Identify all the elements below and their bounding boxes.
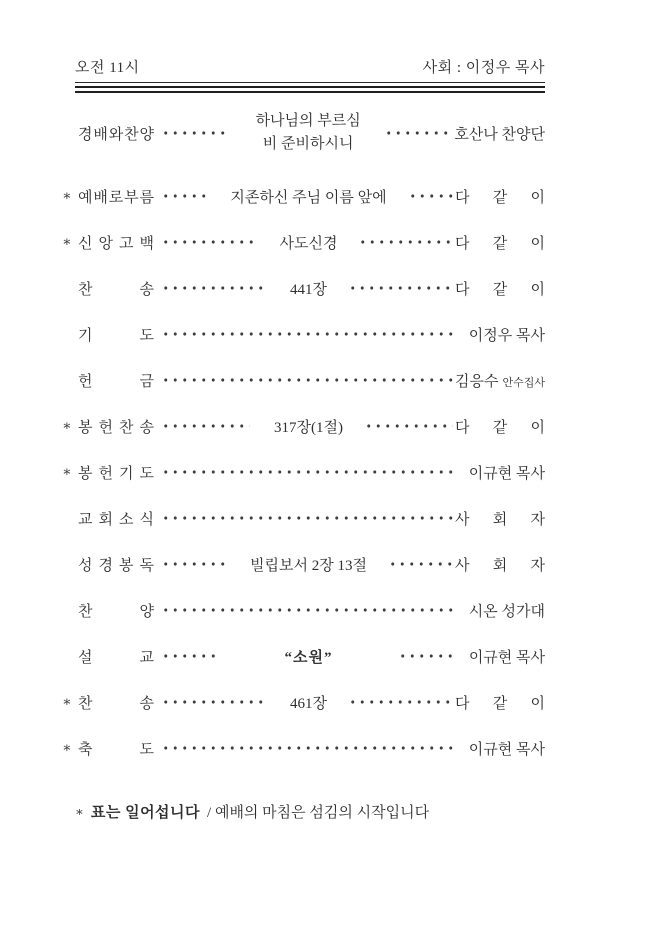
- item-right: 김응수 안수집사: [455, 370, 545, 391]
- leader-dots: [161, 357, 453, 403]
- leader-dots: [161, 403, 250, 449]
- item-right: 다같이: [455, 416, 545, 437]
- star-mark: ∗: [62, 464, 78, 481]
- program-row: 찬송 441장 다같이: [62, 265, 545, 311]
- performer: 이규현 목사: [469, 646, 545, 667]
- leader-dots: [161, 725, 453, 771]
- leader-dots: [384, 93, 453, 173]
- item-right: 이규현 목사: [455, 738, 545, 759]
- leader-dots: [348, 265, 453, 311]
- star-mark: ∗: [62, 188, 78, 205]
- leader-dots: [161, 449, 453, 495]
- star-mark: ∗: [62, 694, 78, 711]
- item-right: 사회자: [455, 554, 545, 575]
- item-right: 다같이: [455, 232, 545, 253]
- leader-dots: [348, 679, 453, 725]
- item-label: 성경봉독: [78, 554, 154, 575]
- program-row: ∗ 신앙고백 사도신경 다같이: [62, 219, 545, 265]
- leader-dots: [388, 541, 453, 587]
- bulletin-page: 오전 11시 사회 : 이정우 목사 경배와찬양 하나님의 부르심 비 준비하시…: [0, 0, 670, 822]
- leader-dots: [161, 219, 256, 265]
- item-right: 사회자: [455, 508, 545, 529]
- item-label: 예배로부름: [78, 186, 154, 207]
- program-list: 경배와찬양 하나님의 부르심 비 준비하시니 호산나 찬양단 ∗ 예배로부름 지…: [62, 93, 545, 771]
- service-mc: 사회 : 이정우 목사: [423, 56, 545, 77]
- item-label: 경배와찬양: [78, 123, 154, 144]
- sermon-title: “소원”: [227, 646, 391, 667]
- item-right: 다같이: [455, 186, 545, 207]
- leader-dots: [398, 633, 454, 679]
- performer: 호산나 찬양단: [454, 123, 545, 144]
- leader-dots: [161, 679, 266, 725]
- item-label: 봉헌기도: [78, 462, 154, 483]
- leader-dots: [364, 403, 453, 449]
- item-right: 시온 성가대: [455, 600, 545, 621]
- leader-dots: [161, 173, 206, 219]
- leader-dots: [161, 633, 217, 679]
- leader-dots: [358, 219, 453, 265]
- star-mark: ∗: [75, 804, 84, 820]
- item-center: 하나님의 부르심 비 준비하시니: [240, 110, 377, 157]
- hymn-title-line2: 비 준비하시니: [263, 133, 354, 156]
- star-mark: ∗: [62, 234, 78, 251]
- leader-dots: [161, 587, 453, 633]
- performer: 이정우 목사: [469, 324, 545, 345]
- performer: 시온 성가대: [469, 600, 545, 621]
- item-right: 이정우 목사: [455, 324, 545, 345]
- item-right: 이규현 목사: [455, 462, 545, 483]
- item-label: 교회소식: [78, 508, 154, 529]
- service-time: 오전 11시: [75, 56, 140, 77]
- program-row: ∗ 봉헌찬송 317장(1절) 다같이: [62, 403, 545, 449]
- program-row: 경배와찬양 하나님의 부르심 비 준비하시니 호산나 찬양단: [62, 93, 545, 173]
- leader-dots: [408, 173, 453, 219]
- performer: 김응수: [455, 370, 498, 391]
- program-row: ∗ 봉헌기도 이규현 목사: [62, 449, 545, 495]
- item-label: 찬송: [78, 692, 154, 713]
- item-right: 다같이: [455, 692, 545, 713]
- performer: 이규현 목사: [469, 462, 545, 483]
- program-row: 기도 이정우 목사: [62, 311, 545, 357]
- item-label: 봉헌찬송: [78, 416, 154, 437]
- program-row: ∗ 축도 이규현 목사: [62, 725, 545, 771]
- bulletin-content: 오전 11시 사회 : 이정우 목사 경배와찬양 하나님의 부르심 비 준비하시…: [62, 56, 545, 822]
- item-right: 이규현 목사: [455, 646, 545, 667]
- footer-note-rest: / 예배의 마침은 섬김의 시작입니다: [207, 801, 429, 822]
- item-center: 빌립보서 2장 13절: [236, 554, 381, 575]
- item-center: 사도신경: [266, 232, 352, 253]
- item-right: 호산나 찬양단: [454, 123, 545, 144]
- item-label: 기도: [78, 324, 154, 345]
- program-row: ∗ 예배로부름 지존하신 주님 이름 앞에 다같이: [62, 173, 545, 219]
- leader-dots: [161, 311, 453, 357]
- leader-dots: [161, 495, 453, 541]
- item-center: 461장: [276, 692, 341, 713]
- item-center: 441장: [276, 278, 341, 299]
- double-rule: [75, 86, 545, 93]
- star-mark: ∗: [62, 418, 78, 435]
- item-center: 지존하신 주님 이름 앞에: [216, 186, 400, 207]
- leader-dots: [161, 541, 226, 587]
- program-row: 헌금 김응수 안수집사: [62, 357, 545, 403]
- item-center: 317장(1절): [260, 416, 357, 437]
- item-label: 축도: [78, 738, 154, 759]
- footer-note: ∗ 표는 일어섭니다 / 예배의 마침은 섬김의 시작입니다: [75, 801, 545, 822]
- item-label: 설교: [78, 646, 154, 667]
- hymn-title-line1: 하나님의 부르심: [256, 110, 361, 133]
- footer-note-bold: 표는 일어섭니다: [91, 801, 200, 822]
- item-label: 신앙고백: [78, 232, 154, 253]
- item-right: 다같이: [455, 278, 545, 299]
- performer: 이규현 목사: [469, 738, 545, 759]
- leader-dots: [161, 93, 230, 173]
- program-row: 설교 “소원” 이규현 목사: [62, 633, 545, 679]
- leader-dots: [161, 265, 266, 311]
- star-mark: ∗: [62, 740, 78, 757]
- program-row: 성경봉독 빌립보서 2장 13절 사회자: [62, 541, 545, 587]
- program-row: ∗ 찬송 461장 다같이: [62, 679, 545, 725]
- item-label: 찬양: [78, 600, 154, 621]
- header-row: 오전 11시 사회 : 이정우 목사: [75, 56, 545, 83]
- program-row: 교회소식 사회자: [62, 495, 545, 541]
- item-label: 헌금: [78, 370, 154, 391]
- program-row: 찬양 시온 성가대: [62, 587, 545, 633]
- performer-title: 안수집사: [502, 374, 545, 390]
- item-label: 찬송: [78, 278, 154, 299]
